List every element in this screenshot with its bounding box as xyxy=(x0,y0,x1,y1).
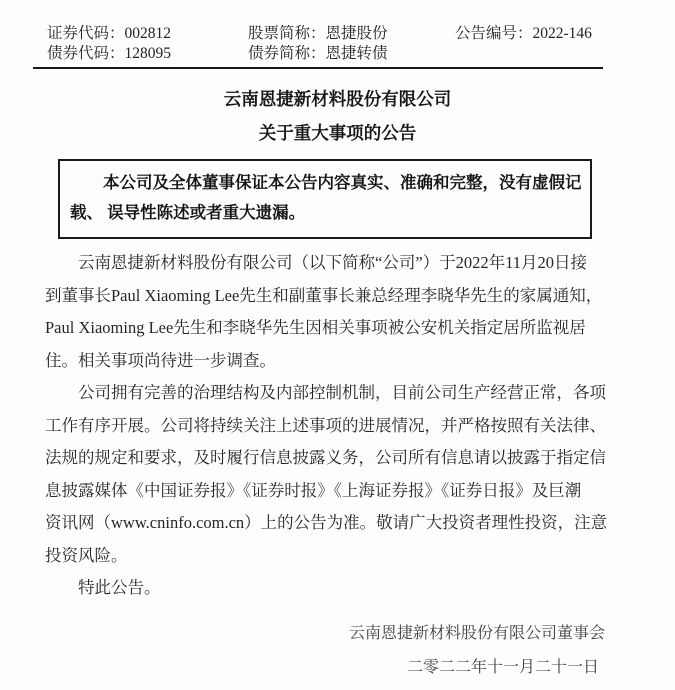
signature-date: 二零二二年十一月二十一日 xyxy=(0,651,675,685)
header-divider xyxy=(33,67,603,69)
text-line: 住。相关事项尚待进一步调查。 xyxy=(45,345,653,378)
header-row-2: 债券代码：128095 债券简称：恩捷转债 xyxy=(47,44,645,64)
text-line: 到董事长Paul Xiaoming Lee先生和副董事长兼总经理李晓华先生的家属… xyxy=(45,280,653,313)
disclaimer-box: 本公司及全体董事保证本公告内容真实、准确和完整，没有虚假记 载、 误导性陈述或者… xyxy=(58,159,592,239)
header-row-2-spacer xyxy=(455,44,645,64)
text-line: 云南恩捷新材料股份有限公司（以下简称“公司”）于2022年11月20日接 xyxy=(45,247,653,280)
disclaimer-line: 载、 误导性陈述或者重大遗漏。 xyxy=(70,198,576,228)
signature-company: 云南恩捷新材料股份有限公司董事会 xyxy=(0,617,675,651)
announcement-body: 云南恩捷新材料股份有限公司（以下简称“公司”）于2022年11月20日接 到董事… xyxy=(45,247,653,605)
text-line: 投资风险。 xyxy=(45,540,653,573)
signature-block: 云南恩捷新材料股份有限公司董事会 二零二二年十一月二十一日 xyxy=(0,617,675,685)
text-line: 工作有序开展。公司将持续关注上述事项的进展情况，并严格按照有关法律、 xyxy=(45,410,653,443)
announcement-document: 证券代码：002812 股票简称：恩捷股份 公告编号：2022-146 债券代码… xyxy=(0,0,675,690)
paragraph-closing: 特此公告。 xyxy=(45,572,653,605)
header-row-1: 证券代码：002812 股票简称：恩捷股份 公告编号：2022-146 xyxy=(47,24,645,44)
paragraph-2: 公司拥有完善的治理结构及内部控制机制，目前公司生产经营正常，各项 工作有序开展。… xyxy=(45,377,653,572)
announcement-subject-title: 关于重大事项的公告 xyxy=(0,123,675,143)
text-line: 资讯网（www.cninfo.com.cn）上的公告为准。敬请广大投资者理性投资… xyxy=(45,507,653,540)
company-name-title: 云南恩捷新材料股份有限公司 xyxy=(0,89,675,109)
document-title: 云南恩捷新材料股份有限公司 关于重大事项的公告 xyxy=(0,89,675,143)
text-line: 息披露媒体《中国证券报》《证券时报》《上海证券报》《证券日报》及巨潮 xyxy=(45,475,653,508)
bond-abbreviation: 债券简称：恩捷转债 xyxy=(248,44,455,64)
paragraph-1: 云南恩捷新材料股份有限公司（以下简称“公司”）于2022年11月20日接 到董事… xyxy=(45,247,653,377)
closing-statement: 特此公告。 xyxy=(45,572,653,605)
stock-abbreviation: 股票简称：恩捷股份 xyxy=(248,24,455,44)
announcement-number: 公告编号：2022-146 xyxy=(455,24,645,44)
stock-info-header: 证券代码：002812 股票简称：恩捷股份 公告编号：2022-146 债券代码… xyxy=(0,24,675,64)
securities-code: 证券代码：002812 xyxy=(47,24,248,44)
text-line: 法规的规定和要求，及时履行信息披露义务，公司所有信息请以披露于指定信 xyxy=(45,442,653,475)
bond-code: 债券代码：128095 xyxy=(47,44,248,64)
disclaimer-line: 本公司及全体董事保证本公告内容真实、准确和完整，没有虚假记 xyxy=(70,168,576,198)
text-line: Paul Xiaoming Lee先生和李晓华先生因相关事项被公安机关指定居所监… xyxy=(45,312,653,345)
text-line: 公司拥有完善的治理结构及内部控制机制，目前公司生产经营正常，各项 xyxy=(45,377,653,410)
